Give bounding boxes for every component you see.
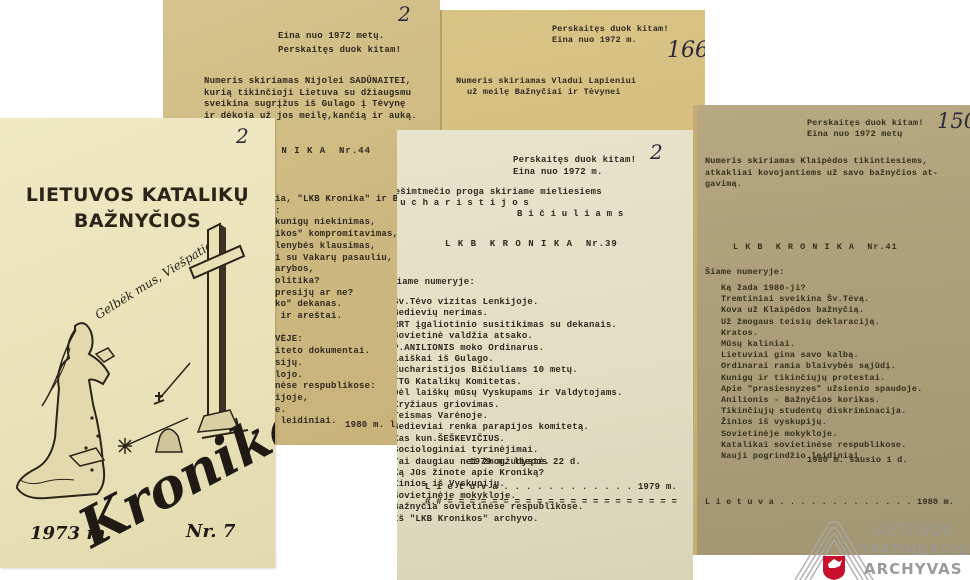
page-mark: 166 (667, 38, 705, 63)
document-nr39: Perskaitęs duok kitam! Eina nuo 1972 m. … (397, 130, 693, 580)
doc-line: TTG Katalikų Komitetas. (397, 377, 522, 388)
archive-watermark: LIETUVOS YPATINGASIS ARCHYVAS (790, 520, 970, 580)
doc-date: 1979 m. liepos 22 d. (469, 457, 581, 467)
doc-header-line: Eina nuo 1972 m. (552, 35, 637, 46)
page-mark: 2 (398, 2, 411, 26)
doc-header-line: Perskaitęs duok kitam! (807, 118, 924, 129)
doc-line: P.ANILIONIS moko Ordinarus. (397, 343, 544, 354)
doc-line: Iš "LKB Kronikos" archyvo. (397, 514, 539, 525)
doc-line: Tremtiniai sveikina Šv.Tėvą. (721, 294, 869, 305)
doc-contents-label: Šiame numeryje: (397, 277, 475, 287)
doc-line: ko" dekanas. (275, 299, 342, 311)
doc-line: Už žmogaus teisių deklaraciją. (721, 317, 880, 328)
doc-line: kunigų niekinimas, (275, 217, 376, 229)
doc-line: Ką Jūs žinote apie Kroniką? (397, 468, 544, 479)
doc-line: sveikina sugrįžus iš Gulago į Tėvynę (204, 99, 406, 111)
doc-line: Anilionis - Bažnyčios korikas. (721, 395, 880, 406)
doc-line: Katalikai sovietinėse respublikose. (721, 440, 907, 451)
doc-line: Šv.Tėvo vizitas Lenkijoje. (397, 297, 539, 308)
cover-issue-number: Nr. 7 (186, 521, 235, 542)
doc-dedication-line: Numeris skiriamas Vladui Lapieniui (456, 76, 636, 87)
doc-line: Sociologiniai tyrinėjimai. (397, 445, 539, 456)
doc-header-line: Perskaitęs duok kitam! (552, 24, 669, 35)
document-nr41: Perskaitęs duok kitam! Eina nuo 1972 met… (693, 105, 970, 555)
doc-line: kurią tikinčioji Lietuva su džiaugsmu (204, 88, 411, 100)
doc-line: Eucharistijos Bičiuliams 10 metų. (397, 365, 578, 376)
doc-line: Numeris skiriamas Klaipėdos tikintiesiem… (705, 156, 928, 167)
doc-line: olitika? (275, 276, 320, 288)
doc-line: ia, "LKB Kronika" ir Baž- (275, 194, 415, 206)
doc-line: iteto dokumentai. (275, 346, 370, 358)
doc-header-line: Perskaitęs duok kitam! (278, 45, 401, 55)
doc-line: lojo. (275, 370, 303, 382)
doc-line: e. (275, 405, 286, 417)
doc-line: presijų ar ne? (275, 288, 353, 300)
doc-dedication-line: Dešimtmečio proga skiriame mieliesiems (397, 187, 602, 197)
watermark-line2: YPATINGASIS (860, 542, 968, 558)
kronika-cover: 2 LIETUVOS KATALIKŲ BAŽNYČIOS Gelbėk mus… (0, 118, 275, 568)
doc-line: VĖJE: (275, 334, 303, 346)
doc-line: Bedieviai renka parapijos komitetą. (397, 422, 589, 433)
doc-line: Kryžiaus griovimas. (397, 400, 499, 411)
doc-line: lenybės klausimas, (275, 241, 376, 253)
doc-header-line: Eina nuo 1972 m. (513, 167, 603, 177)
doc-line: : (275, 206, 281, 218)
doc-line: i su Vakarų pasauliu, (275, 253, 393, 265)
doc-line: Sovietinėje mokykloje. (721, 429, 838, 440)
doc-line: Bedievių nerimas. (397, 308, 488, 319)
doc-line: Žinios iš vyskupijų. (721, 417, 827, 428)
doc-line: Sovietinė valdžia atsako. (397, 331, 533, 342)
doc-line: Kunigų ir tikinčiųjų protestai. (721, 373, 885, 384)
doc-footer: L i e t u v a . . . . . . . . . . . . 19… (425, 482, 677, 492)
doc-line: Ordinarai ramia blaivybės sąjūdį. (721, 361, 896, 372)
doc-contents-label: Šiame numeryje: (705, 267, 785, 277)
doc-dedication-line: E u c h a r i s t i j o s (397, 198, 529, 208)
cover-year: 1973 m. (30, 523, 112, 544)
doc-line: Apie "prasiesnyzes" užsienio spaudoje. (721, 384, 922, 395)
doc-line: Lietuviai gina savo kalbą. (721, 350, 859, 361)
doc-dedication-line: B i č i u l i a m s (517, 209, 623, 219)
doc-line: Tikinčiųjų studentų diskriminacija. (721, 406, 907, 417)
doc-line: ikos" kompromitavimas, (275, 229, 398, 241)
doc-line: arybos, (275, 264, 314, 276)
doc-line: gavimą. (705, 179, 742, 190)
doc-line: Teismas Varėnoje. (397, 411, 488, 422)
doc-line: sijų. (275, 358, 303, 370)
doc-line: atkakliai kovojantiems už savo bažnyčios… (705, 168, 938, 179)
doc-line: ir areštai. (275, 311, 342, 323)
doc-line: ijoje, (275, 393, 309, 405)
doc-line: Dėl laiškų mūsų Vyskupams ir Valdytojams… (397, 388, 623, 399)
watermark-line3: ARCHYVAS (864, 561, 963, 577)
doc-line: leidiniai. (275, 416, 337, 428)
doc-line: Mūsų kaliniai. (721, 339, 795, 350)
doc-line: Kova už Klaipėdos bažnyčią. (721, 305, 864, 316)
doc-line: RRT įgaliotinio susitikimas su dekanais. (397, 320, 617, 331)
doc-header-line: Eina nuo 1972 metų (807, 129, 902, 140)
doc-line: Laiškai iš Gulago. (397, 354, 494, 365)
page-mark: 150 (937, 109, 970, 133)
doc-title: L K B K R O N I K A Nr.41 (733, 242, 898, 252)
doc-title: L K B K R O N I K A Nr.39 (445, 239, 618, 249)
doc-footer: L i e t u v a . . . . . . . . . . . . . … (705, 497, 954, 507)
watermark-line1: LIETUVOS (872, 522, 954, 538)
doc-header-line: Eina nuo 1972 metų. (278, 31, 384, 41)
doc-date: 1980 m. sausio 1 d. (807, 455, 908, 465)
doc-header-line: Perskaitęs duok kitam! (513, 155, 636, 165)
doc-line: Numeris skiriamas Nijolei SADŪNAITEI, (204, 76, 411, 88)
doc-line: Ką žada 1980-ji? (721, 283, 806, 294)
page-mark: 2 (650, 140, 663, 164)
doc-dedication-line: už meilę Bažnyčiai ir Tėvynei (467, 87, 621, 98)
doc-footer-line: #.# = = = = = = = = = = = = = = = = = = … (425, 497, 677, 507)
doc-line: Kratos. (721, 328, 758, 339)
doc-line: nėse respublikose: (275, 381, 376, 393)
doc-line: Kas kun.ŠEŠKEVIČIUS. (397, 434, 505, 445)
